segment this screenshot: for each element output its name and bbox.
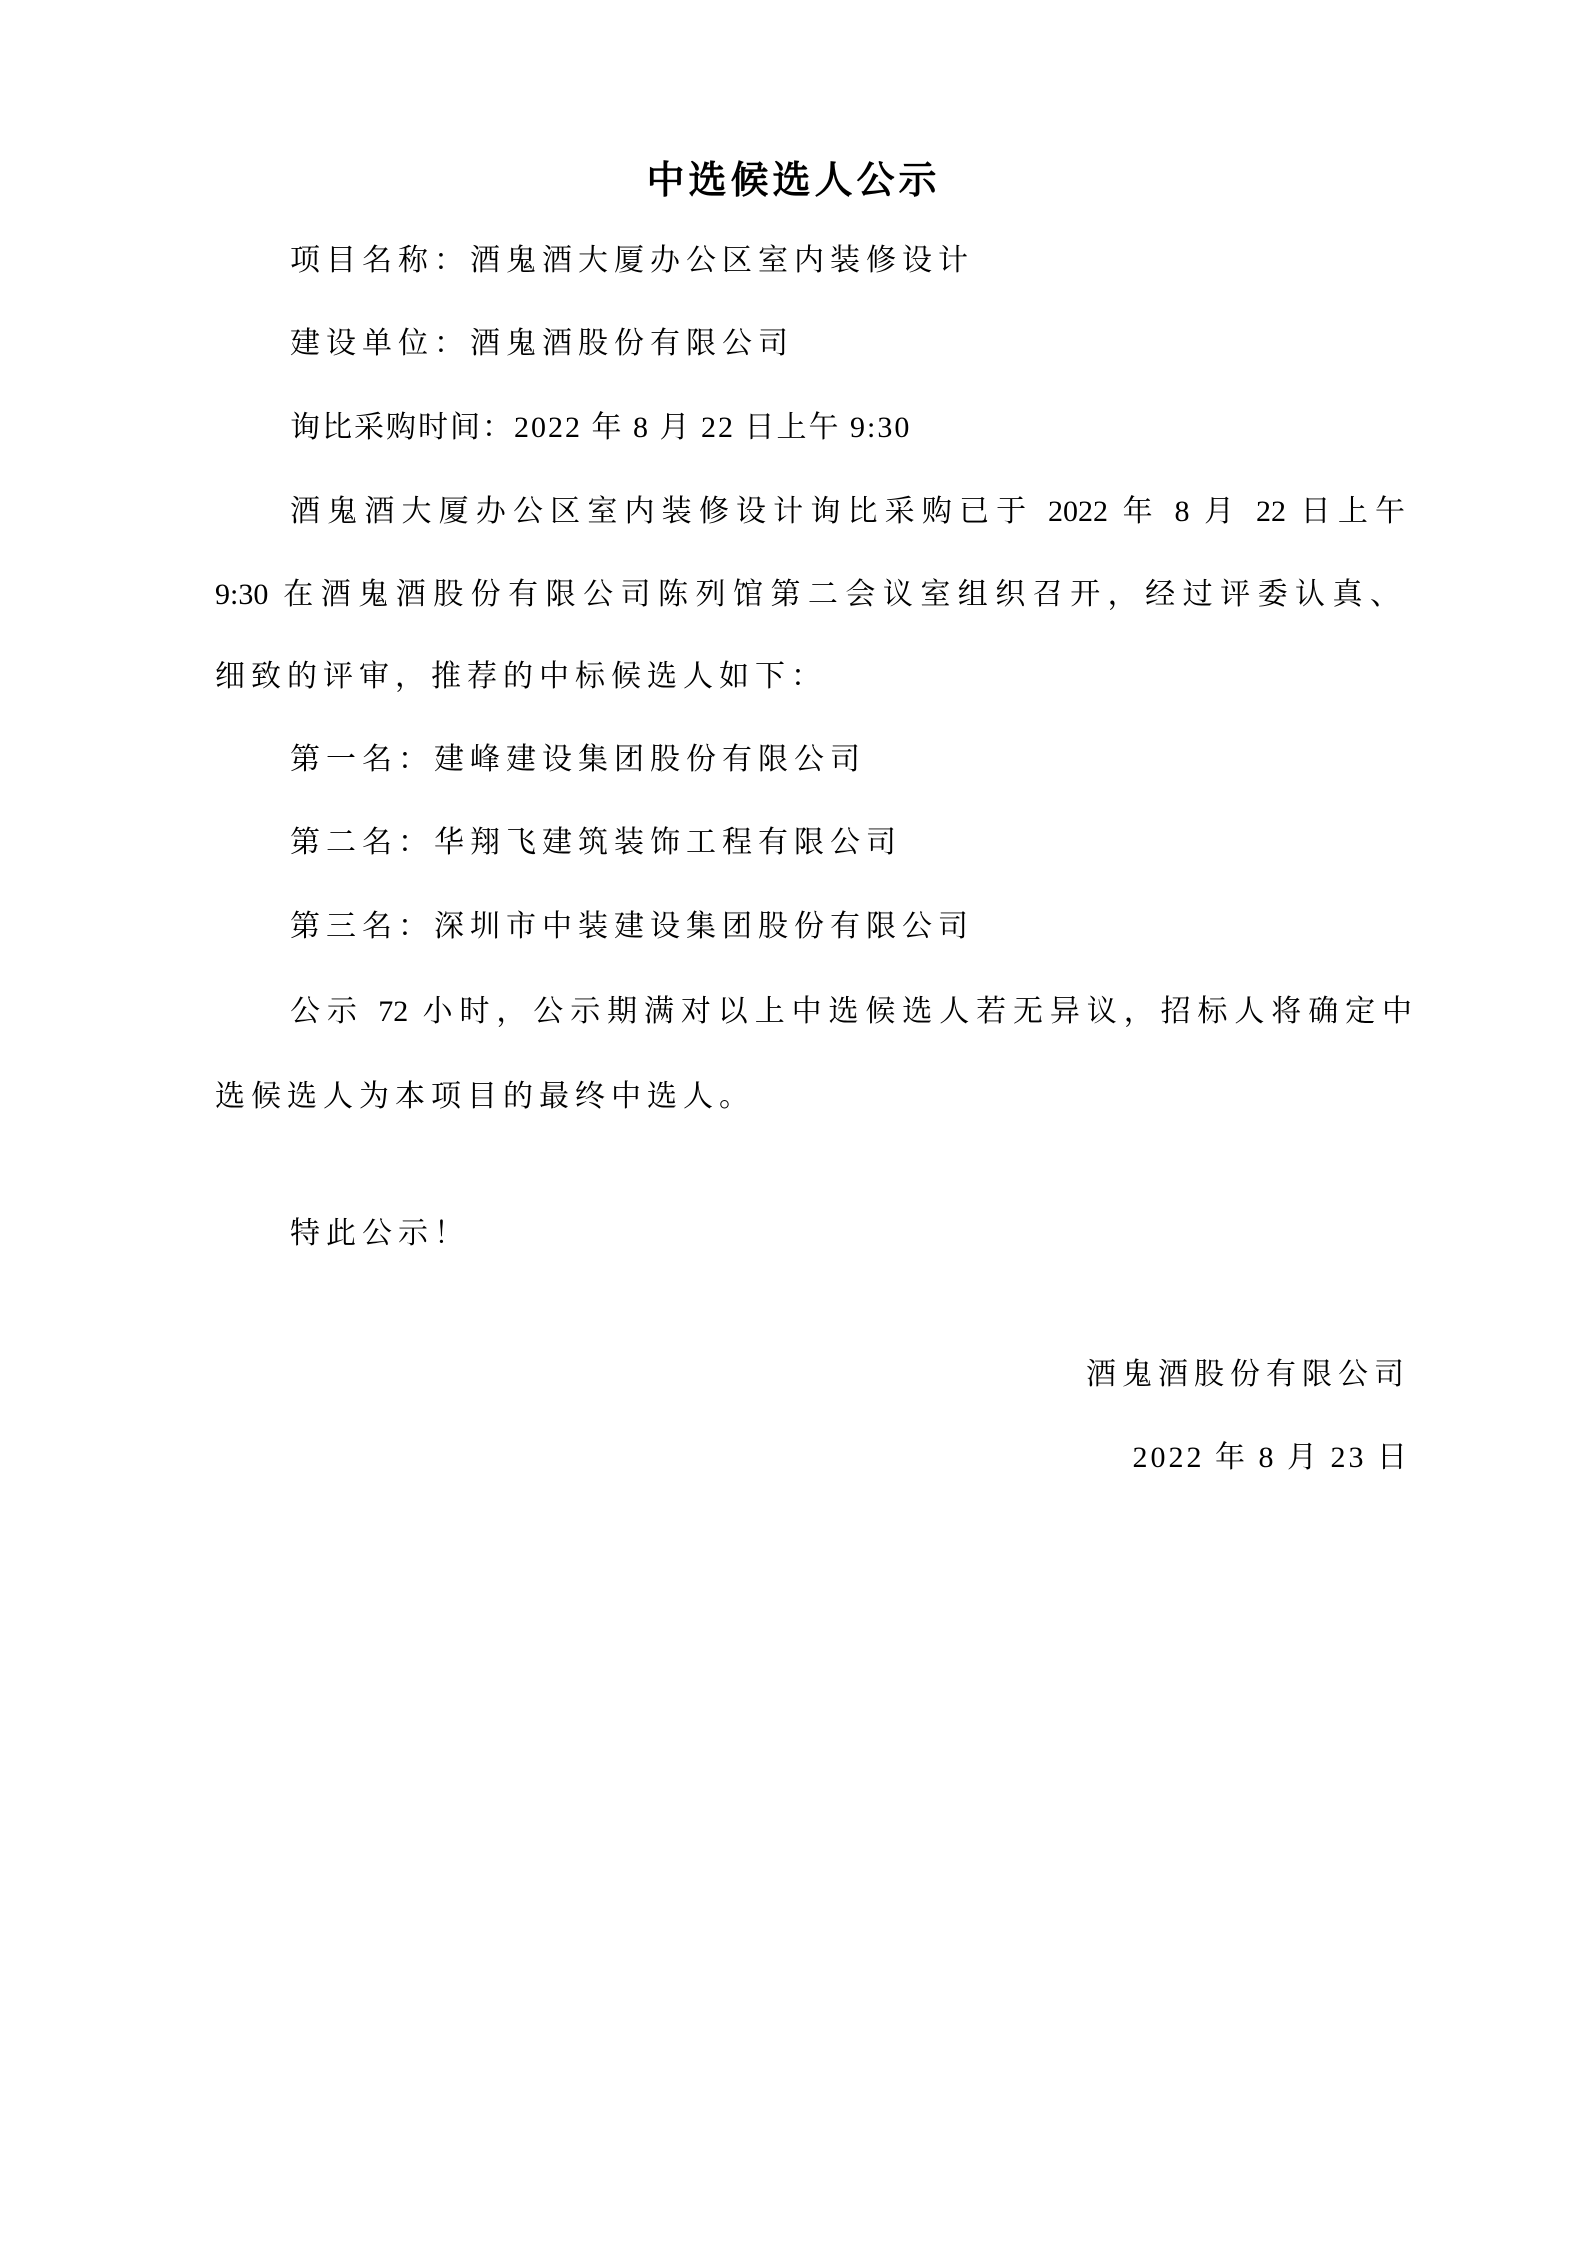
closing-statement: 特此公示！ <box>290 1214 470 1254</box>
rank-label: 第三名： <box>290 910 434 943</box>
candidate-item-3: 第三名：深圳市中装建设集团股份有限公司 <box>290 907 974 947</box>
candidate-company: 深圳市中装建设集团股份有限公司 <box>434 910 974 943</box>
candidate-item-2: 第二名：华翔飞建筑装饰工程有限公司 <box>290 823 902 863</box>
document-page: 中选候选人公示 项目名称：酒鬼酒大厦办公区室内装修设计 建设单位：酒鬼酒股份有限… <box>0 0 1587 2245</box>
paragraph-line: 选候选人为本项目的最终中选人。 <box>215 1077 755 1117</box>
signature-organization: 酒鬼酒股份有限公司 <box>1086 1355 1410 1395</box>
candidate-item-1: 第一名：建峰建设集团股份有限公司 <box>290 740 866 780</box>
builder-field: 建设单位：酒鬼酒股份有限公司 <box>290 324 794 364</box>
paragraph-line: 细致的评审，推荐的中标候选人如下： <box>215 657 827 697</box>
project-name-field: 项目名称：酒鬼酒大厦办公区室内装修设计 <box>290 241 974 281</box>
candidate-company: 建峰建设集团股份有限公司 <box>434 743 866 776</box>
signature-date: 2022 年 8 月 23 日 <box>1133 1438 1411 1478</box>
page-title: 中选候选人公示 <box>0 156 1587 204</box>
candidate-company: 华翔飞建筑装饰工程有限公司 <box>434 826 902 859</box>
procurement-time-field: 询比采购时间：2022 年 8 月 22 日上午 9:30 <box>290 408 911 448</box>
paragraph-line: 公示 72 小时，公示期满对以上中选候选人若无异议，招标人将确定中 <box>290 992 1412 1032</box>
rank-label: 第二名： <box>290 826 434 859</box>
paragraph-line: 9:30 在酒鬼酒股份有限公司陈列馆第二会议室组织召开，经过评委认真、 <box>215 575 1400 615</box>
paragraph-line: 酒鬼酒大厦办公区室内装修设计询比采购已于 2022 年 8 月 22 日上午 <box>290 492 1405 532</box>
rank-label: 第一名： <box>290 743 434 776</box>
